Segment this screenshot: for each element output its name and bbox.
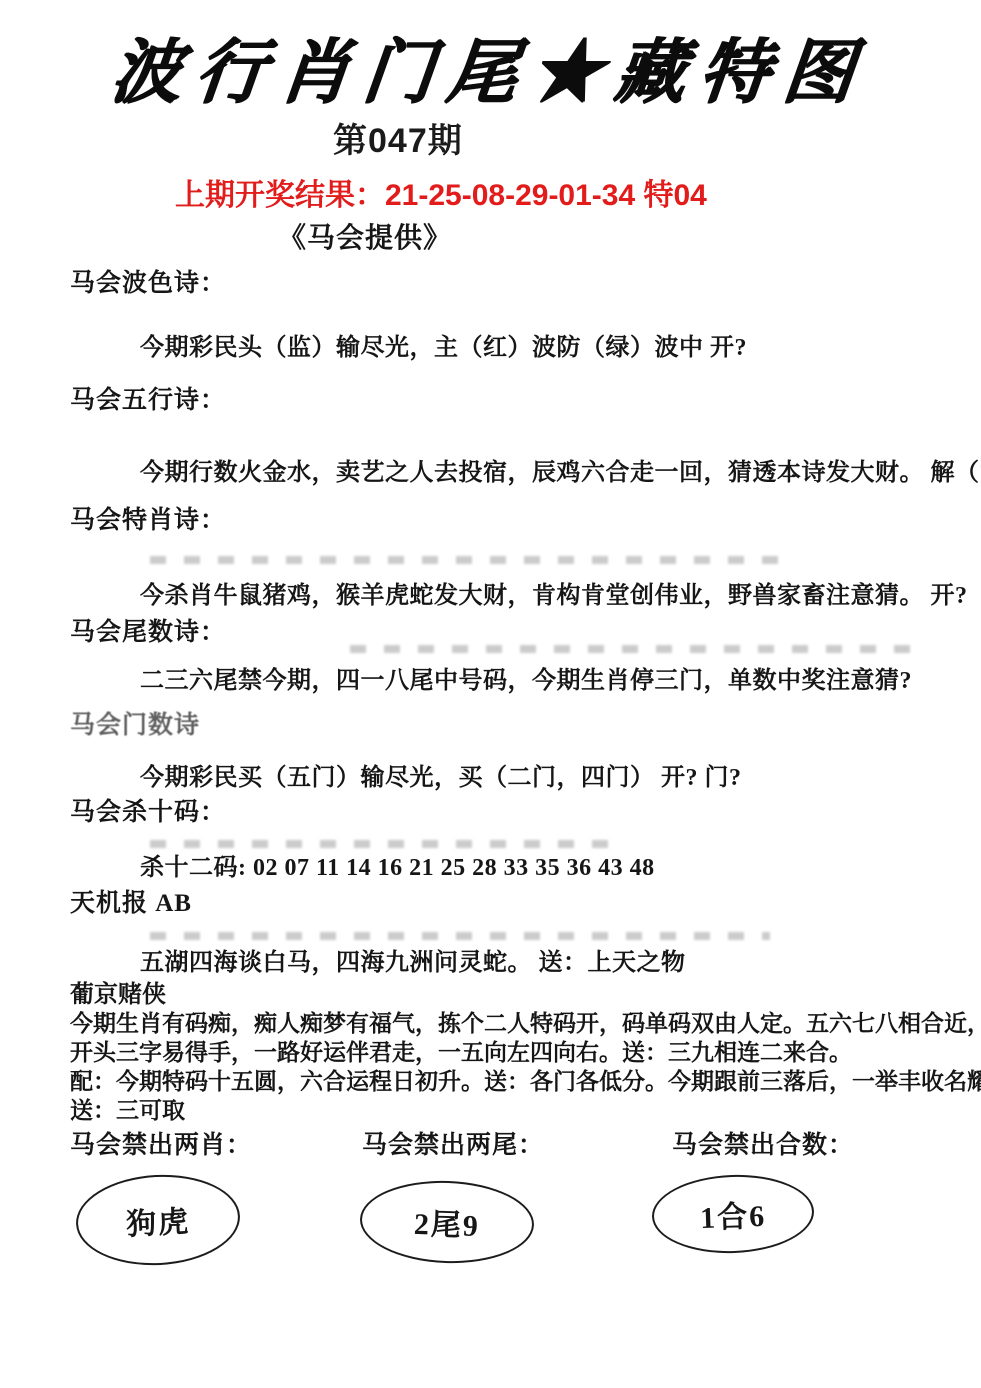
pujing-line-1: 今期生肖有码痴，痴人痴梦有福气，拣个二人特码开，码单码双由人定。五六七八相合近， [0, 1009, 981, 1038]
section-poem-tianjibao: 五湖四海谈白马，四海九洲问灵蛇。 送：上天之物 [0, 947, 981, 979]
provider-line: 《马会提供》 [0, 220, 981, 258]
section-poem-wuxing: 今期行数火金水，卖艺之人去投宿，辰鸡六合走一回，猜透本诗发大财。 解（?） [0, 457, 981, 489]
forbid-value-zodiac: 狗虎 [125, 1196, 191, 1243]
forbid-label-sum: 马会禁出合数： [672, 1125, 854, 1161]
forbid-ellipse-zodiac: 狗虎 [74, 1171, 242, 1269]
issue-number: 第047期 [0, 120, 981, 162]
forbid-label-zodiac: 马会禁出两肖： [70, 1125, 252, 1161]
section-poem-menshu: 今期彩民买（五门）输尽光，买（二门，四门） 开? 门? [0, 762, 981, 794]
forbid-ellipse-tail: 2尾9 [359, 1178, 536, 1266]
lottery-tip-sheet: 波行肖门尾★藏特图 第047期 上期开奖结果：21-25-08-29-01-34… [0, 0, 981, 1388]
scan-artifact [150, 840, 620, 848]
forbid-value-tail: 2尾9 [413, 1199, 480, 1245]
section-heading-bose: 马会波色诗： [0, 268, 981, 300]
section-poem-texiao: 今杀肖牛鼠猪鸡，猴羊虎蛇发大财，肯构肯堂创伟业，野兽家畜注意猜。 开? [0, 580, 981, 612]
sheet-title: 波行肖门尾★藏特图 [0, 0, 981, 118]
forbid-value-sum: 1合6 [699, 1191, 766, 1237]
section-heading-menshu: 马会门数诗 [0, 710, 981, 742]
pujing-heading: 葡京赌侠 [0, 981, 981, 1009]
pujing-line-2: 开头三字易得手，一路好运伴君走，一五向左四向右。送：三九相连二来合。 [0, 1038, 981, 1067]
section-heading-shashima: 马会杀十码： [0, 797, 981, 829]
scan-artifact [150, 556, 790, 564]
last-draw-result: 上期开奖结果：21-25-08-29-01-34 特04 [0, 178, 981, 214]
section-poem-bose: 今期彩民头（监）输尽光，主（红）波防（绿）波中 开? [0, 332, 981, 364]
section-heading-tianjibao: 天机报 AB [0, 888, 981, 920]
forbid-ellipse-sum: 1合6 [651, 1172, 816, 1256]
scan-artifact [150, 932, 770, 940]
forbidden-row: 马会禁出两肖： 马会禁出两尾： 马会禁出合数： 狗虎 2尾9 1合6 [0, 1125, 981, 1365]
forbid-label-tail: 马会禁出两尾： [362, 1125, 544, 1161]
section-heading-weishu: 马会尾数诗： [0, 617, 981, 649]
section-poem-weishu: 二三六尾禁今期，四一八尾中号码，今期生肖停三门，单数中奖注意猜? [0, 665, 981, 697]
pujing-line-4: 送：三可取 [0, 1096, 981, 1125]
section-poem-shashima: 杀十二码: 02 07 11 14 16 21 25 28 33 35 36 4… [0, 852, 981, 884]
pujing-line-3: 配：今期特码十五圆，六合运程日初升。送：各门各低分。今期跟前三落后，一举丰收名耀… [0, 1067, 981, 1096]
section-heading-wuxing: 马会五行诗： [0, 385, 981, 417]
section-heading-texiao: 马会特肖诗： [0, 505, 981, 537]
